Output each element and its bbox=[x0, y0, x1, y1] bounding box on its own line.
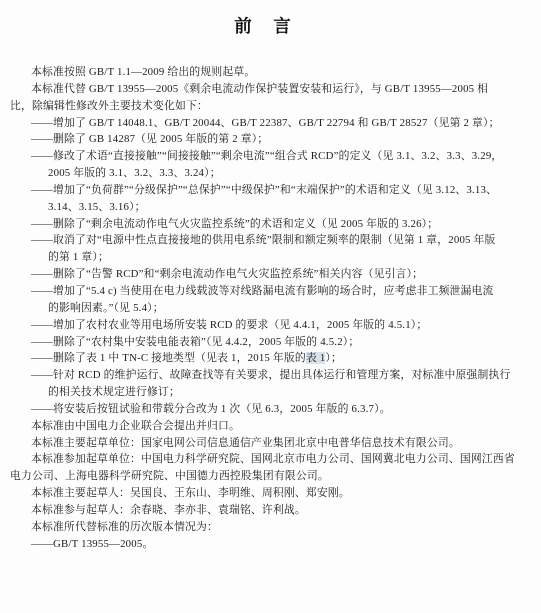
text-line: ——删除了“剩余电流动作电气火灾监控系统”的术语和定义（见 2005 年版的 3… bbox=[10, 216, 531, 233]
document-page: 前 言 本标准按照 GB/T 1.1—2009 给出的规则起草。本标准代替 GB… bbox=[0, 0, 541, 613]
text-line: ——将安装后按钮试验和带载分合改为 1 次（见 6.3，2005 年版的 6.3… bbox=[10, 401, 531, 418]
text-line: ——增加了“5.4 c) 当使用在电力线载波等对线路漏电流有影响的场合时，应考虑… bbox=[10, 283, 531, 300]
document-body: 本标准按照 GB/T 1.1—2009 给出的规则起草。本标准代替 GB/T 1… bbox=[10, 64, 531, 552]
text-line: 电力公司、上海电器科学研究院、中国德力西控股集团有限公司。 bbox=[10, 468, 531, 485]
text-line: 的相关技术规定进行修订； bbox=[10, 384, 531, 401]
text-line: ——针对 RCD 的维护运行、故障查找等有关要求，提出具体运行和管理方案，对标准… bbox=[10, 367, 531, 384]
text-line: 的影响因素。”（见 5.4）； bbox=[10, 300, 531, 317]
text-line: ——增加了 GB/T 14048.1、GB/T 20044、GB/T 22387… bbox=[10, 115, 531, 132]
text-line: 本标准主要起草人：吴国良、王东山、李明维、周积刚、郑安刚。 bbox=[10, 485, 531, 502]
text-line: ——删除了“告警 RCD”和“剩余电流动作电气火灾监控系统”相关内容（见引言）； bbox=[10, 266, 531, 283]
text-line: ——增加了农村农业等用电场所安装 RCD 的要求（见 4.4.1，2005 年版… bbox=[10, 317, 531, 334]
text-line: ——修改了术语“直接接触”“间接接触”“剩余电流”“组合式 RCD”的定义（见 … bbox=[10, 148, 531, 165]
highlighted-text: 表 1 bbox=[306, 352, 326, 364]
text-line: ——删除了表 1 中 TN-C 接地类型（见表 1，2015 年版的表 1）； bbox=[10, 350, 531, 367]
text-line: 2005 年版的 3.1、3.2、3.3、3.24）； bbox=[10, 165, 531, 182]
text-line: ——GB/T 13955—2005。 bbox=[10, 536, 531, 553]
text-line: 本标准按照 GB/T 1.1—2009 给出的规则起草。 bbox=[10, 64, 531, 81]
text-line: 的第 1 章）； bbox=[10, 249, 531, 266]
text-line: 本标准主要起草单位：国家电网公司信息通信产业集团北京中电普华信息技术有限公司。 bbox=[10, 435, 531, 452]
page-title: 前 言 bbox=[10, 13, 517, 38]
text-line: ——删除了“农村集中安装电能表箱”（见 4.4.2，2005 年版的 4.5.2… bbox=[10, 334, 531, 351]
text-line: 本标准代替 GB/T 13955—2005《剩余电流动作保护装置安装和运行》，与… bbox=[10, 81, 531, 98]
text-line: ——取消了对“电源中性点直接接地的供用电系统”限制和额定频率的限制（见第 1 章… bbox=[10, 232, 531, 249]
text-line: 本标准参加起草单位：中国电力科学研究院、国网北京市电力公司、国网冀北电力公司、国… bbox=[10, 451, 531, 468]
text-line: 3.14、3.15、3.16）； bbox=[10, 199, 531, 216]
text-line: 本标准由中国电力企业联合会提出并归口。 bbox=[10, 418, 531, 435]
text-segment: ）； bbox=[325, 352, 342, 364]
text-line: ——删除了 GB 14287（见 2005 年版的第 2 章）； bbox=[10, 131, 531, 148]
text-line: ——增加了“负荷群”“分级保护”“总保护”“中级保护”和“末端保护”的术语和定义… bbox=[10, 182, 531, 199]
text-line: 本标准参与起草人：余春晓、李亦非、袁瑞铭、许利战。 bbox=[10, 502, 531, 519]
text-line: 比，除编辑性修改外主要技术变化如下： bbox=[10, 98, 531, 115]
text-segment: ——删除了表 1 中 TN-C 接地类型（见表 1，2015 年版的 bbox=[31, 352, 306, 364]
text-line: 本标准所代替标准的历次版本情况为： bbox=[10, 519, 531, 536]
